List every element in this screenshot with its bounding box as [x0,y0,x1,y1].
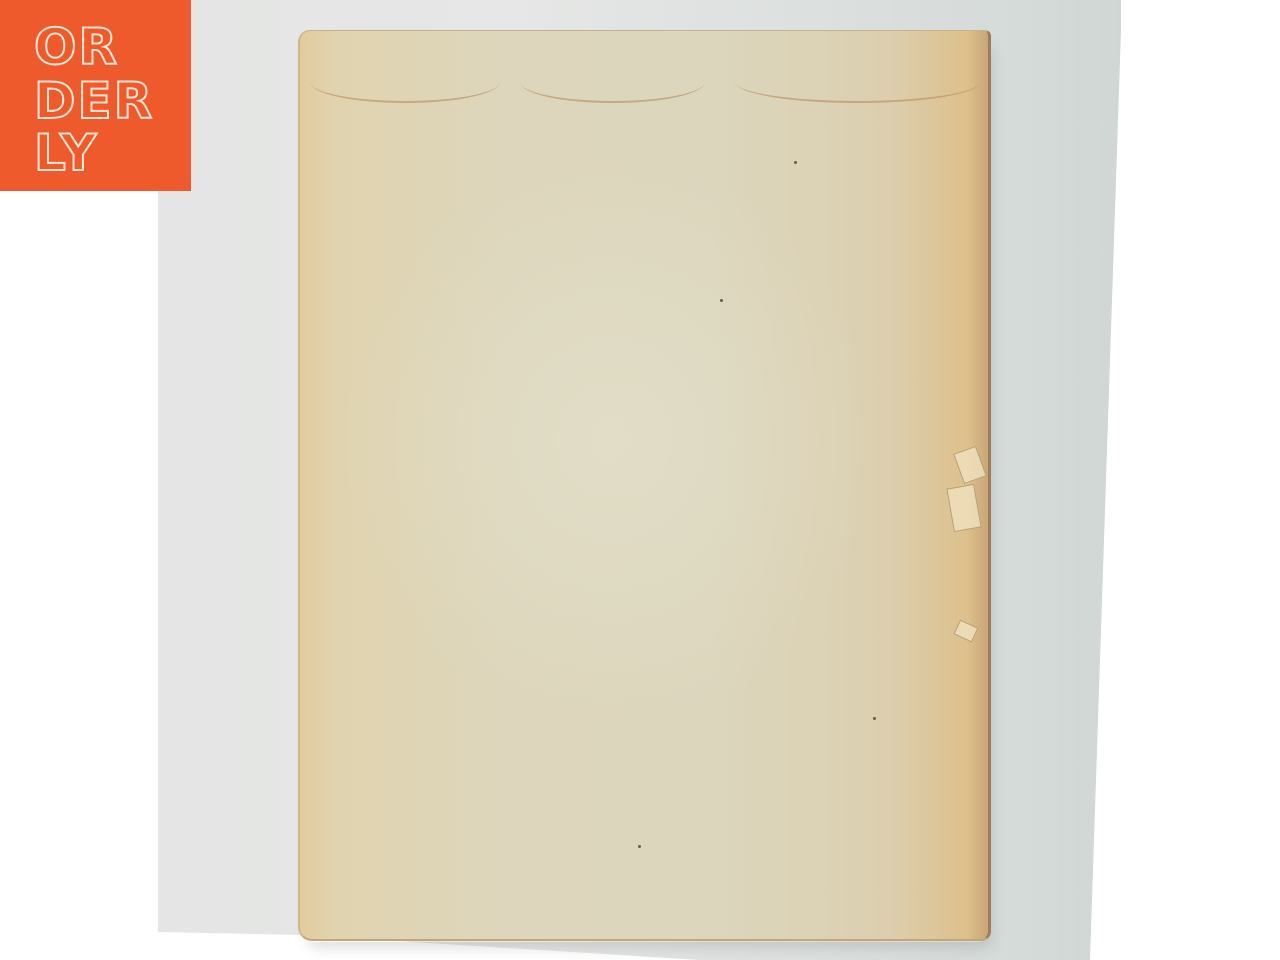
speck [873,717,876,720]
book-back-cover [298,30,991,941]
water-stain [310,61,500,103]
logo-text-line-3: LY [34,128,98,178]
edge-tear [953,446,986,484]
edge-tear [946,484,981,532]
logo-text-line-1: OR [34,22,119,72]
logo-text-line-2: DER [34,76,154,126]
speck [794,161,797,164]
product-photo: OR DER LY [0,0,1280,960]
speck [720,299,723,302]
speck [638,845,641,848]
orderly-logo: OR DER LY [0,0,191,191]
water-stain [735,61,980,103]
water-stain [520,61,705,103]
edge-tear [954,620,979,643]
